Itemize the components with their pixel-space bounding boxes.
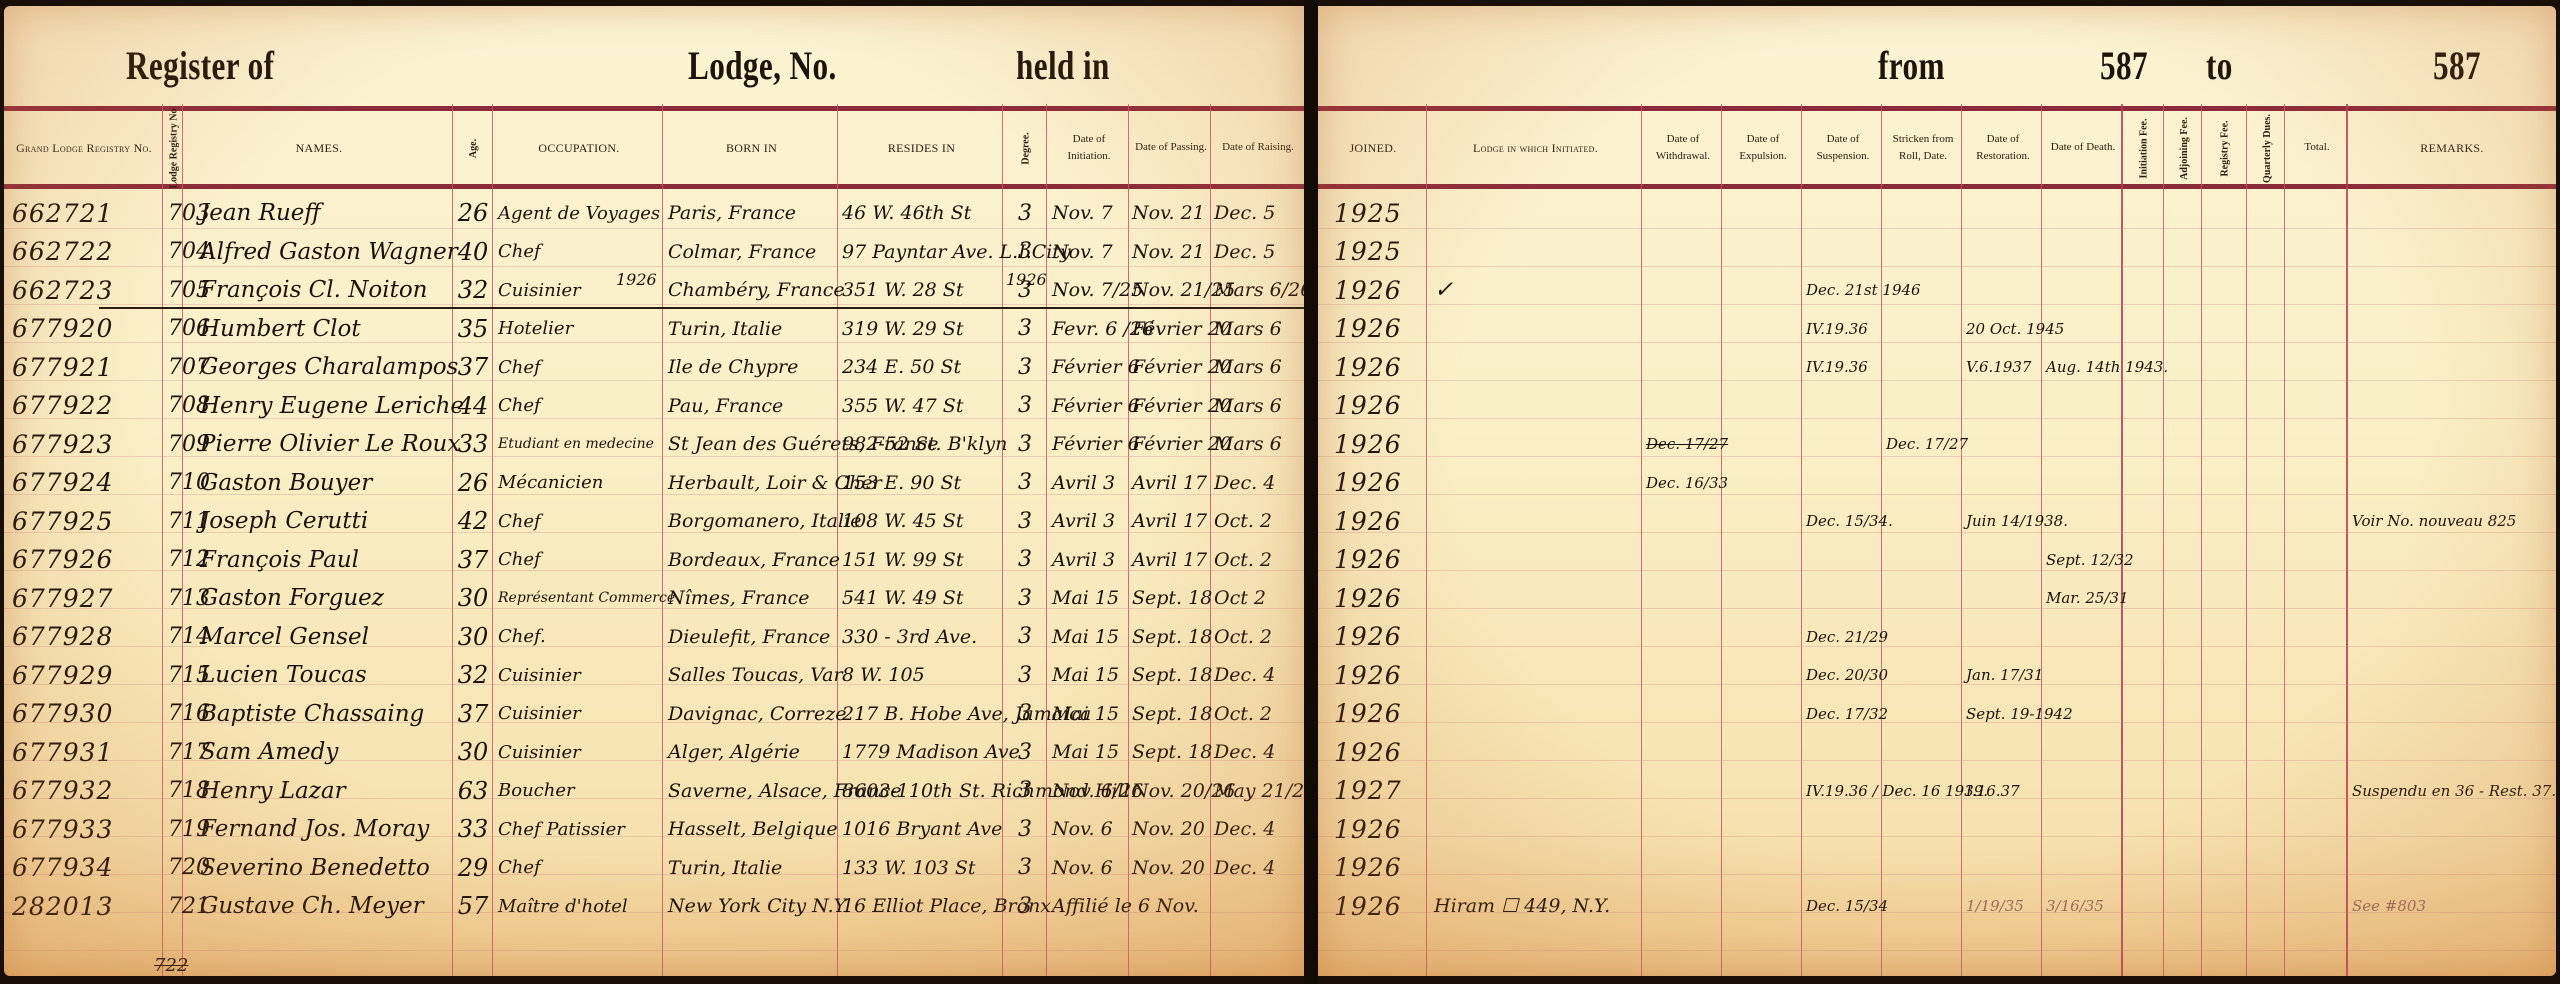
cell-lodge-no: 706 <box>168 310 204 348</box>
cell-initiation: Février 6 <box>1052 425 1132 463</box>
cell-lodge-initiated <box>1434 310 1644 348</box>
cell-age: 37 <box>454 695 492 733</box>
cell-joined: 1926 <box>1334 810 1424 848</box>
cell-restoration: 20 Oct. 1945 <box>1966 310 2044 348</box>
cell-resides-in: 153 E. 90 St <box>842 464 1004 502</box>
cell-born-in: Colmar, France <box>668 233 838 271</box>
cell-born-in: Turin, Italie <box>668 849 838 887</box>
table-row: 1926 <box>1318 849 2556 887</box>
cell-occupation: Hotelier <box>498 310 663 348</box>
table-row: 1926Sept. 12/32 <box>1318 541 2556 579</box>
table-row: 1926Dec. 21/29 <box>1318 618 2556 656</box>
col-header-initiation: Date of Initiation. <box>1048 113 1130 183</box>
cell-resides-in: 217 B. Hobe Ave, Jamaica <box>842 695 1004 733</box>
cell-raising: Dec. 5 <box>1214 194 1304 232</box>
cell-age: 32 <box>454 271 492 309</box>
cell-joined: 1925 <box>1334 233 1424 271</box>
cell-joined: 1926 <box>1334 541 1424 579</box>
cell-name: Humbert Clot <box>200 310 455 348</box>
cell-resides-in: 46 W. 46th St <box>842 194 1004 232</box>
cell-grand-lodge-no: 662723 <box>12 271 162 309</box>
cell-remarks <box>2352 656 2552 694</box>
cell-death <box>2046 194 2124 232</box>
cell-remarks <box>2352 348 2552 386</box>
cell-raising: Mars 6/26 <box>1214 271 1304 309</box>
cell-raising: Mars 6 <box>1214 387 1304 425</box>
cell-resides-in: 982-52 St. B'klyn <box>842 425 1004 463</box>
col-header-quarterly-dues: Quarterly Dues. <box>2248 113 2286 183</box>
cell-lodge-no: 703 <box>168 194 204 232</box>
cell-expulsion <box>1726 541 1804 579</box>
cell-degree: 3 <box>1004 541 1046 579</box>
col-header-age: Age. <box>454 113 494 183</box>
table-row: 677927713Gaston Forguez30Représentant Co… <box>4 579 1304 617</box>
cell-stricken <box>1886 579 1964 617</box>
cell-name: Joseph Cerutti <box>200 502 455 540</box>
table-row: 1926 <box>1318 733 2556 771</box>
table-row: 677930716Baptiste Chassaing37CuisinierDa… <box>4 695 1304 733</box>
cell-suspension: IV.19.36 <box>1806 348 1884 386</box>
cell-lodge-initiated <box>1434 695 1644 733</box>
cell-lodge-no: 717 <box>168 733 204 771</box>
cell-passing: Sept. 18 <box>1132 695 1212 733</box>
cell-occupation: Mécanicien <box>498 464 663 502</box>
cell-grand-lodge-no: 677922 <box>12 387 162 425</box>
cell-restoration: Sept. 19-1942 <box>1966 695 2044 733</box>
cell-death <box>2046 502 2124 540</box>
cell-withdrawal <box>1646 772 1724 810</box>
cell-lodge-initiated <box>1434 733 1644 771</box>
cell-suspension: Dec. 21/29 <box>1806 618 1884 656</box>
cell-expulsion <box>1726 502 1804 540</box>
cell-occupation: Chef <box>498 233 663 271</box>
cell-remarks <box>2352 579 2552 617</box>
col-header-lodge-registry: Lodge Registry No <box>164 113 184 183</box>
cell-raising: May 21/27 <box>1214 772 1304 810</box>
cell-joined: 1927 <box>1334 772 1424 810</box>
cell-suspension <box>1806 233 1884 271</box>
cell-lodge-initiated: Hiram ☐ 449, N.Y. <box>1434 887 1644 925</box>
col-header-names: NAMES. <box>184 113 454 183</box>
cell-occupation: Agent de Voyages <box>498 194 663 232</box>
cell-born-in: Herbault, Loir & Cher <box>668 464 838 502</box>
cell-death <box>2046 772 2124 810</box>
title-to: to <box>2206 42 2233 89</box>
cell-born-in: Pau, France <box>668 387 838 425</box>
cell-born-in: Borgomanero, Italie <box>668 502 838 540</box>
cell-passing: Nov. 20 <box>1132 810 1212 848</box>
cell-withdrawal <box>1646 618 1724 656</box>
cell-raising <box>1214 887 1304 925</box>
cell-stricken <box>1886 810 1964 848</box>
cell-remarks <box>2352 425 2552 463</box>
cell-suspension <box>1806 733 1884 771</box>
cell-raising: Mars 6 <box>1214 310 1304 348</box>
cell-raising: Oct. 2 <box>1214 541 1304 579</box>
cell-occupation: Chef <box>498 387 663 425</box>
cell-remarks <box>2352 194 2552 232</box>
cell-stricken <box>1886 348 1964 386</box>
cell-name: Marcel Gensel <box>200 618 455 656</box>
cell-age: 37 <box>454 348 492 386</box>
cell-age: 33 <box>454 810 492 848</box>
cell-joined: 1926 <box>1334 502 1424 540</box>
col-header-registry-fee: Registry Fee. <box>2203 113 2248 183</box>
cell-degree: 3 <box>1004 618 1046 656</box>
table-row: 1926✓Dec. 21st 1946 <box>1318 271 2556 309</box>
cell-resides-in: 151 W. 99 St <box>842 541 1004 579</box>
cell-occupation: Chef <box>498 502 663 540</box>
cell-age: 30 <box>454 618 492 656</box>
cell-initiation: Nov. 6/26 <box>1052 772 1132 810</box>
cell-stricken <box>1886 271 1964 309</box>
cell-degree: 3 <box>1004 502 1046 540</box>
cell-restoration: V.6.1937 <box>1966 348 2044 386</box>
cell-initiation: Nov. 7 <box>1052 194 1132 232</box>
cell-degree: 3 <box>1004 348 1046 386</box>
cell-name: Henry Eugene Leriche <box>200 387 455 425</box>
cell-lodge-initiated <box>1434 541 1644 579</box>
cell-death: Aug. 14th 1943. <box>2046 348 2124 386</box>
col-header-born-in: BORN IN <box>664 113 839 183</box>
cell-raising: Dec. 5 <box>1214 233 1304 271</box>
header-bottom-rule <box>1318 184 2556 189</box>
table-row: 1926IV.19.36V.6.1937Aug. 14th 1943. <box>1318 348 2556 386</box>
cell-name: Baptiste Chassaing <box>200 695 455 733</box>
cell-expulsion <box>1726 887 1804 925</box>
cell-passing: Nov. 21/25 <box>1132 271 1212 309</box>
table-row: 677928714Marcel Gensel30Chef.Dieulefit, … <box>4 618 1304 656</box>
cell-passing: Nov. 21 <box>1132 194 1212 232</box>
cell-initiation: Avril 3 <box>1052 464 1132 502</box>
header-bottom-rule <box>4 184 1304 189</box>
col-header-death: Date of Death. <box>2043 113 2123 183</box>
cell-death <box>2046 425 2124 463</box>
cell-passing: Février 20 <box>1132 425 1212 463</box>
cell-withdrawal <box>1646 541 1724 579</box>
cell-grand-lodge-no: 677927 <box>12 579 162 617</box>
cell-name: Lucien Toucas <box>200 656 455 694</box>
table-row: 677929715Lucien Toucas32CuisinierSalles … <box>4 656 1304 694</box>
cell-degree: 3 <box>1004 387 1046 425</box>
cell-lodge-no: 713 <box>168 579 204 617</box>
left-page: Register of Lodge, No. held in Grand Lod… <box>4 6 1304 976</box>
cell-passing <box>1132 887 1212 925</box>
cell-born-in: Ile de Chypre <box>668 348 838 386</box>
cell-lodge-initiated <box>1434 464 1644 502</box>
cell-suspension: Dec. 17/32 <box>1806 695 1884 733</box>
col-header-remarks: REMARKS. <box>2348 113 2556 183</box>
cell-passing: Nov. 20 <box>1132 849 1212 887</box>
cell-resides-in: 234 E. 50 St <box>842 348 1004 386</box>
cell-name: François Cl. Noiton <box>200 271 455 309</box>
cell-passing: Nov. 20/26 <box>1132 772 1212 810</box>
cell-expulsion <box>1726 194 1804 232</box>
cell-name: Jean Rueff <box>200 194 455 232</box>
cell-joined: 1926 <box>1334 271 1424 309</box>
cell-restoration <box>1966 233 2044 271</box>
cell-occupation: Représentant Commerce <box>498 579 663 617</box>
cell-lodge-no: 716 <box>168 695 204 733</box>
cell-remarks <box>2352 849 2552 887</box>
cell-expulsion <box>1726 618 1804 656</box>
title-held-in: held in <box>1016 42 1110 89</box>
cell-stricken <box>1886 618 1964 656</box>
cell-degree: 3 <box>1004 695 1046 733</box>
cell-joined: 1926 <box>1334 387 1424 425</box>
cell-joined: 1926 <box>1334 887 1424 925</box>
cell-joined: 1925 <box>1334 194 1424 232</box>
title-from: from <box>1878 42 1945 89</box>
cell-degree: 3 <box>1004 887 1046 925</box>
cell-withdrawal <box>1646 233 1724 271</box>
year-annotation: 1926 <box>616 270 657 289</box>
table-row: 282013721Gustave Ch. Meyer57Maître d'hot… <box>4 887 1304 925</box>
col-header-expulsion: Date of Expulsion. <box>1723 113 1803 183</box>
cell-raising: Oct. 2 <box>1214 502 1304 540</box>
cell-occupation: Cuisinier <box>498 656 663 694</box>
cell-lodge-initiated <box>1434 387 1644 425</box>
cell-restoration <box>1966 579 2044 617</box>
cell-expulsion <box>1726 656 1804 694</box>
left-title-row: Register of Lodge, No. held in <box>4 32 1304 102</box>
right-title-row: from 587 to 587 <box>1318 32 2556 102</box>
cell-suspension <box>1806 464 1884 502</box>
cell-expulsion <box>1726 310 1804 348</box>
cell-resides-in: 16 Elliot Place, Bronx <box>842 887 1004 925</box>
cell-name: Pierre Olivier Le Roux <box>200 425 455 463</box>
table-row: 1926 <box>1318 387 2556 425</box>
cell-degree: 3 <box>1004 810 1046 848</box>
col-header-restoration: Date of Restoration. <box>1963 113 2043 183</box>
cell-initiation: Mai 15 <box>1052 579 1132 617</box>
cell-name: Georges Charalampos <box>200 348 455 386</box>
cell-initiation: Nov. 6 <box>1052 810 1132 848</box>
cell-occupation: Chef Patissier <box>498 810 663 848</box>
cell-grand-lodge-no: 282013 <box>12 887 162 925</box>
cell-lodge-no: 710 <box>168 464 204 502</box>
cell-restoration <box>1966 810 2044 848</box>
cell-raising: Dec. 4 <box>1214 733 1304 771</box>
cell-occupation: Chef <box>498 541 663 579</box>
cell-degree: 3 <box>1004 310 1046 348</box>
cell-resides-in: 108 W. 45 St <box>842 502 1004 540</box>
cell-expulsion <box>1726 849 1804 887</box>
cell-stricken <box>1886 464 1964 502</box>
cell-age: 30 <box>454 733 492 771</box>
cell-grand-lodge-no: 677933 <box>12 810 162 848</box>
cell-born-in: Chambéry, France <box>668 271 838 309</box>
col-header-grand-lodge: Grand Lodge Registry No. <box>4 113 164 183</box>
cell-withdrawal <box>1646 194 1724 232</box>
cell-restoration <box>1966 618 2044 656</box>
cell-lodge-no: 709 <box>168 425 204 463</box>
cell-withdrawal <box>1646 502 1724 540</box>
cell-born-in: Alger, Algérie <box>668 733 838 771</box>
table-row: 677933719Fernand Jos. Moray33Chef Patiss… <box>4 810 1304 848</box>
cell-lodge-initiated <box>1434 849 1644 887</box>
cell-resides-in: 1016 Bryant Ave <box>842 810 1004 848</box>
cell-withdrawal <box>1646 733 1724 771</box>
cell-lodge-initiated <box>1434 772 1644 810</box>
table-row: 1926Dec. 15/34.Juin 14/1938.Voir No. nou… <box>1318 502 2556 540</box>
cell-death <box>2046 387 2124 425</box>
cell-raising: Dec. 4 <box>1214 849 1304 887</box>
cell-withdrawal <box>1646 695 1724 733</box>
cell-lodge-no: 714 <box>168 618 204 656</box>
table-row: 1926Mar. 25/31 <box>1318 579 2556 617</box>
cell-stricken <box>1886 733 1964 771</box>
cell-expulsion <box>1726 810 1804 848</box>
cell-lodge-no: 719 <box>168 810 204 848</box>
cell-raising: Oct. 2 <box>1214 618 1304 656</box>
cell-passing: Février 20 <box>1132 310 1212 348</box>
cell-suspension: IV.19.36 <box>1806 310 1884 348</box>
table-row: 1926Dec. 17/27Dec. 17/27 <box>1318 425 2556 463</box>
cell-joined: 1926 <box>1334 579 1424 617</box>
cell-grand-lodge-no: 677934 <box>12 849 162 887</box>
cell-stricken <box>1886 772 1964 810</box>
cell-stricken <box>1886 233 1964 271</box>
cell-suspension <box>1806 387 1884 425</box>
cell-joined: 1926 <box>1334 618 1424 656</box>
cell-withdrawal <box>1646 271 1724 309</box>
cell-age: 29 <box>454 849 492 887</box>
cell-raising: Dec. 4 <box>1214 656 1304 694</box>
cell-age: 42 <box>454 502 492 540</box>
cell-degree: 3 <box>1004 579 1046 617</box>
book-binding-gutter <box>1304 0 1318 984</box>
cell-degree: 3 <box>1004 464 1046 502</box>
cell-name: Severino Benedetto <box>200 849 455 887</box>
cell-stricken <box>1886 541 1964 579</box>
cell-initiation: Avril 3 <box>1052 541 1132 579</box>
cell-resides-in: 355 W. 47 St <box>842 387 1004 425</box>
table-row: 677934720Severino Benedetto29ChefTurin, … <box>4 849 1304 887</box>
table-row: 677926712François Paul37ChefBordeaux, Fr… <box>4 541 1304 579</box>
cell-stricken <box>1886 849 1964 887</box>
cell-remarks: See #803 <box>2352 887 2552 925</box>
cell-initiation: Avril 3 <box>1052 502 1132 540</box>
cell-lodge-initiated <box>1434 656 1644 694</box>
table-row: 1927IV.19.36 / Dec. 16 1939.I.16.37Suspe… <box>1318 772 2556 810</box>
year-annotation: 1926 <box>1006 270 1047 289</box>
cell-born-in: Bordeaux, France <box>668 541 838 579</box>
cell-remarks <box>2352 464 2552 502</box>
cell-stricken <box>1886 310 1964 348</box>
cell-name: Alfred Gaston Wagner <box>200 233 455 271</box>
cell-resides-in: 133 W. 103 St <box>842 849 1004 887</box>
cell-lodge-initiated <box>1434 233 1644 271</box>
cell-name: Gaston Bouyer <box>200 464 455 502</box>
cell-raising: Mars 6 <box>1214 425 1304 463</box>
cell-occupation: Cuisinier <box>498 733 663 771</box>
cell-lodge-no: 707 <box>168 348 204 386</box>
struck-registry-number: 722 <box>154 946 204 976</box>
cell-death <box>2046 464 2124 502</box>
cell-raising: Dec. 4 <box>1214 810 1304 848</box>
cell-restoration: 1/19/35 <box>1966 887 2044 925</box>
cell-born-in: Turin, Italie <box>668 310 838 348</box>
cell-death: Sept. 12/32 <box>2046 541 2124 579</box>
cell-passing: Sept. 18 <box>1132 733 1212 771</box>
cell-raising: Oct 2 <box>1214 579 1304 617</box>
col-header-stricken: Stricken from Roll, Date. <box>1883 113 1963 183</box>
cell-stricken <box>1886 194 1964 232</box>
cell-name: François Paul <box>200 541 455 579</box>
cell-grand-lodge-no: 677925 <box>12 502 162 540</box>
cell-death <box>2046 733 2124 771</box>
col-header-raising: Date of Raising. <box>1212 113 1304 183</box>
cell-resides-in: 351 W. 28 St <box>842 271 1004 309</box>
table-row: 1926Dec. 17/32Sept. 19-1942 <box>1318 695 2556 733</box>
cell-joined: 1926 <box>1334 310 1424 348</box>
cell-stricken <box>1886 502 1964 540</box>
cell-occupation: Chef. <box>498 618 663 656</box>
cell-remarks <box>2352 310 2552 348</box>
table-row: 1925 <box>1318 194 2556 232</box>
cell-death: 3/16/35 <box>2046 887 2124 925</box>
cell-withdrawal: Dec. 17/27 <box>1646 425 1724 463</box>
cell-initiation: Mai 15 <box>1052 618 1132 656</box>
cell-expulsion <box>1726 348 1804 386</box>
cell-grand-lodge-no: 677926 <box>12 541 162 579</box>
cell-withdrawal <box>1646 887 1724 925</box>
cell-stricken <box>1886 656 1964 694</box>
cell-grand-lodge-no: 677921 <box>12 348 162 386</box>
table-row: 677920706Humbert Clot35HotelierTurin, It… <box>4 310 1304 348</box>
cell-restoration: Jan. 17/31 <box>1966 656 2044 694</box>
table-row: 1925 <box>1318 233 2556 271</box>
cell-initiation: Février 6 <box>1052 387 1132 425</box>
col-header-withdrawal: Date of Withdrawal. <box>1643 113 1723 183</box>
cell-initiation: Nov. 7 <box>1052 233 1132 271</box>
cell-initiation: Fevr. 6 /26 <box>1052 310 1132 348</box>
cell-withdrawal <box>1646 387 1724 425</box>
cell-resides-in: 97 Payntar Ave. L.I.City <box>842 233 1004 271</box>
cell-expulsion <box>1726 695 1804 733</box>
cell-restoration <box>1966 271 2044 309</box>
cell-suspension <box>1806 541 1884 579</box>
col-header-occupation: OCCUPATION. <box>494 113 664 183</box>
cell-grand-lodge-no: 677931 <box>12 733 162 771</box>
cell-age: 30 <box>454 579 492 617</box>
cell-degree: 3 <box>1004 425 1046 463</box>
table-row: 1926 <box>1318 810 2556 848</box>
cell-degree: 3 <box>1004 733 1046 771</box>
table-row: 1926Dec. 16/33 <box>1318 464 2556 502</box>
cell-suspension: Dec. 21st 1946 <box>1806 271 1884 309</box>
cell-lodge-initiated <box>1434 502 1644 540</box>
cell-suspension: Dec. 15/34. <box>1806 502 1884 540</box>
table-row: 677931717Sam Amedy30CuisinierAlger, Algé… <box>4 733 1304 771</box>
cell-restoration <box>1966 194 2044 232</box>
cell-age: 33 <box>454 425 492 463</box>
table-row: 662722704Alfred Gaston Wagner40ChefColma… <box>4 233 1304 271</box>
cell-lodge-no: 705 <box>168 271 204 309</box>
cell-withdrawal: Dec. 16/33 <box>1646 464 1724 502</box>
cell-passing: Février 20 <box>1132 387 1212 425</box>
cell-grand-lodge-no: 677928 <box>12 618 162 656</box>
cell-withdrawal <box>1646 810 1724 848</box>
cell-suspension <box>1806 425 1884 463</box>
cell-joined: 1926 <box>1334 849 1424 887</box>
cell-expulsion <box>1726 387 1804 425</box>
table-row: 677925711Joseph Cerutti42ChefBorgomanero… <box>4 502 1304 540</box>
cell-lodge-no: 718 <box>168 772 204 810</box>
cell-born-in: Paris, France <box>668 194 838 232</box>
cell-raising: Mars 6 <box>1214 348 1304 386</box>
